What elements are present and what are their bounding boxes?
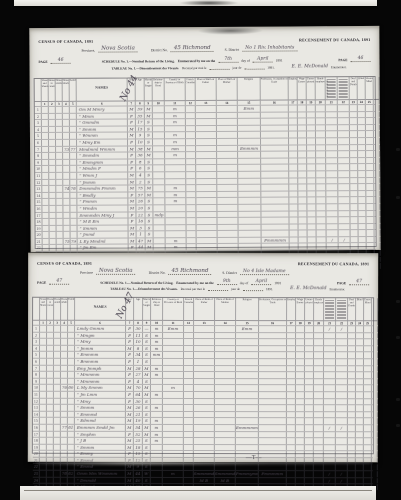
cell-c5 (70, 153, 77, 159)
cell-prof (259, 465, 287, 471)
blank-line (244, 69, 264, 70)
cell-c3 (54, 431, 61, 437)
cell-read: / (324, 471, 336, 477)
cell-unemp (307, 112, 316, 118)
cell-emp (289, 125, 298, 131)
cell-c2 (49, 173, 56, 179)
table-row: 4” JmmmM8Sm (33, 344, 373, 351)
schedule-title-en: SCHEDULE No. 1.—Nominal Return of the Li… (102, 59, 175, 63)
cell-c3 (56, 160, 63, 166)
cell-age: 26 (136, 199, 145, 205)
cell-emp (289, 178, 298, 184)
cell-name: ” Smmm (75, 405, 126, 411)
cell-edge (372, 392, 378, 398)
cell-c4: 75 79 (64, 239, 71, 245)
cell-ms: S (145, 199, 153, 205)
page-number-right: 47 (349, 279, 369, 285)
cell-hands (314, 326, 324, 332)
cell-hands (314, 353, 324, 359)
cell-c1 (42, 212, 49, 218)
binding-mark (396, 398, 400, 401)
cell-hands (314, 339, 324, 345)
cell-relig (236, 478, 259, 484)
cell-hands (316, 191, 326, 197)
scan-smudge (179, 0, 239, 6)
cell-c5 (70, 127, 77, 133)
cell-rel (153, 139, 165, 145)
cell-rel (153, 179, 165, 185)
column-number-14: 14 (217, 100, 238, 105)
cell-c2 (47, 365, 54, 371)
cell-rel: mdp (153, 212, 165, 218)
cell-blind (358, 138, 366, 144)
cell-prof (261, 119, 289, 125)
cell-blind (356, 445, 364, 451)
cell-age: 21 (134, 412, 143, 418)
cell-write (338, 171, 350, 177)
cell-wage (296, 465, 305, 471)
cell-c2 (49, 114, 56, 120)
cell-mb (218, 238, 239, 244)
cell-blind (358, 184, 366, 190)
cell-write (338, 164, 350, 170)
census-page-1: CENSUS OF CANADA, 1891 RECENSEMENT DU CA… (29, 26, 380, 252)
cell-name: ” Mmy (75, 398, 126, 404)
previous-page-edge (14, 0, 377, 6)
cell-blind (359, 237, 367, 243)
table-row: 8” MmmmmF27Mm (33, 371, 373, 378)
cell-c3 (54, 471, 61, 477)
cell-mb (215, 326, 236, 332)
cell-age: 27 (134, 372, 143, 378)
cell-c2 (47, 352, 54, 358)
column-number-11: 11 (163, 320, 184, 325)
cell-fr (186, 212, 196, 218)
enumerator-label: Enumerator. (331, 65, 347, 69)
cell-edge (375, 237, 381, 243)
cell-fr (186, 192, 196, 198)
cell-mind (366, 171, 374, 177)
cell-age: 10 (134, 339, 143, 345)
dense-print-block (325, 300, 334, 319)
cell-relig (239, 224, 262, 230)
cell-sex: M (126, 365, 134, 371)
cell-deaf (348, 386, 356, 392)
cell-relig (236, 352, 259, 358)
cell-c3 (56, 173, 63, 179)
cell-rowno: 13 (35, 186, 42, 192)
cell-fb (194, 418, 215, 424)
cell-c1 (42, 193, 49, 199)
column-number-22: 22 (338, 99, 350, 104)
table-row: 11” Jm LmmF64Mm (33, 391, 373, 398)
cell-c4 (61, 418, 68, 424)
cell-mb (217, 112, 238, 118)
cell-mb (217, 145, 238, 151)
cell-mb (215, 432, 236, 438)
cell-prof (259, 339, 287, 345)
cell-edge (372, 425, 378, 431)
cell-write (336, 353, 348, 359)
cell-ms: S (143, 359, 151, 365)
cell-unemp (307, 145, 316, 151)
cell-rowno: 16 (35, 206, 42, 212)
cell-wage (296, 478, 305, 484)
cell-name: ” Gmmdm (77, 120, 128, 126)
cell-blind (358, 178, 366, 184)
cell-c2 (49, 179, 56, 185)
column-number-18: 18 (296, 320, 305, 325)
cell-name: ” Wmdm (77, 205, 128, 211)
cell-c2 (47, 451, 54, 457)
district-label: District No. (149, 271, 166, 275)
cell-c4 (61, 431, 68, 437)
cell-fr (184, 464, 194, 470)
column-number-5: 5 (70, 101, 77, 106)
cell-name: ” Smphm (75, 431, 126, 437)
cell-hands (314, 419, 324, 425)
cell-edge (372, 412, 378, 418)
cell-fr (184, 326, 194, 332)
cell-wage (298, 204, 307, 210)
cell-fb (196, 139, 217, 145)
province-label: Province, (81, 49, 95, 53)
cell-fr (184, 359, 194, 365)
cell-read (326, 138, 338, 144)
cell-age: 30 (134, 398, 143, 404)
column-header-birth: Country or Province of Birth (163, 298, 184, 320)
cell-c4 (61, 392, 68, 398)
cell-relig: Emm (236, 326, 259, 332)
district-value: 45 Richmond (171, 45, 214, 52)
cell-fr (187, 225, 197, 231)
column-header-age: Age (134, 298, 143, 320)
cell-mb (215, 359, 236, 365)
cell-rowno: 7 (33, 365, 40, 371)
cell-edge (374, 144, 380, 150)
cell-hands (314, 451, 324, 457)
cell-unemp (308, 231, 317, 237)
cell-mind (366, 217, 374, 223)
subdistrict-label: S. District (222, 271, 237, 275)
cell-rel (153, 146, 165, 152)
cell-sex: F (126, 359, 134, 365)
cell-emp (289, 158, 298, 164)
cell-c2 (49, 160, 56, 166)
cell-sex: M (128, 133, 136, 139)
cell-deaf (348, 471, 356, 477)
cell-c1 (43, 232, 50, 238)
cell-relig (238, 112, 261, 118)
cell-c3 (56, 113, 63, 119)
column-header-rel: Relation- ship to Head (153, 78, 165, 100)
cell-age: 70 (134, 385, 143, 391)
cell-c1 (40, 392, 47, 398)
cell-prof (261, 198, 289, 204)
cell-mb (217, 165, 238, 171)
cell-fb (194, 425, 215, 431)
cell-deaf (350, 197, 358, 203)
cell-prof (262, 224, 290, 230)
cell-rowno: 15 (33, 418, 40, 424)
cell-emp (289, 198, 298, 204)
cell-c5 (68, 392, 75, 398)
cell-fb (194, 431, 215, 437)
cell-sex: F (126, 326, 134, 332)
cell-relig (236, 465, 259, 471)
cell-hands (314, 471, 324, 477)
cell-prof (259, 438, 287, 444)
cell-c2 (49, 166, 56, 172)
enum-year: 1891 (276, 59, 283, 63)
cell-age: 2 (136, 179, 145, 185)
cell-ms: S (145, 139, 153, 145)
cell-c5 (70, 173, 77, 179)
cell-ms: S (143, 451, 151, 457)
cell-c2 (50, 232, 57, 238)
cell-deaf (348, 465, 356, 471)
cell-blind (358, 158, 366, 164)
column-number-9: 9 (143, 320, 151, 325)
cell-deaf (348, 452, 356, 458)
column-number-12: 12 (184, 320, 194, 325)
cell-fr (186, 198, 196, 204)
cell-hands (314, 425, 324, 431)
cell-edge (372, 333, 378, 339)
cell-read: / (327, 237, 339, 243)
cell-wage (298, 211, 307, 217)
cell-deaf (348, 412, 356, 418)
recense-label: Recensé par moi le (181, 287, 205, 291)
cell-mind (366, 112, 374, 118)
subdistrict-value: No 4 Isle Madame (240, 269, 289, 275)
dense-print-block (337, 300, 346, 319)
table-row: 7Emy JmmphM28Mm (33, 364, 373, 371)
cell-mind (367, 224, 375, 230)
cell-rowno: 7 (35, 147, 42, 153)
cell-unemp (307, 217, 316, 223)
cell-rowno: 4 (35, 127, 42, 133)
cell-mind (364, 339, 372, 345)
cell-edge (374, 164, 380, 170)
cell-name: ” Mmy (75, 339, 126, 345)
column-number-18: 18 (298, 99, 307, 104)
blank-line (243, 290, 263, 291)
cell-rel (153, 166, 165, 172)
cell-age: 6 (136, 166, 145, 172)
cell-prof (261, 132, 289, 138)
cell-wage (296, 366, 305, 372)
cell-ms: S (143, 445, 151, 451)
cell-wage (296, 471, 305, 477)
cell-mind (366, 125, 374, 131)
cell-sex: M (128, 146, 136, 152)
column-number-23: 23 (348, 320, 356, 325)
cell-c2 (47, 378, 54, 384)
cell-relig (238, 172, 261, 178)
cell-read (326, 211, 338, 217)
cell-write (338, 105, 350, 111)
cell-birth: m (165, 113, 186, 119)
column-header-deaf: Deaf and Dumb (348, 298, 356, 320)
cell-birth (165, 205, 186, 211)
cell-rel: m (151, 405, 163, 411)
cell-mb (215, 339, 236, 345)
cell-birth (163, 333, 184, 339)
cell-blind (356, 386, 364, 392)
cell-c1 (42, 133, 49, 139)
cell-read (326, 125, 338, 131)
cell-deaf (348, 372, 356, 378)
cell-rel (151, 379, 163, 385)
cell-c3 (54, 365, 61, 371)
cell-rel (153, 113, 165, 119)
cell-hands (316, 138, 326, 144)
cell-birth: m (165, 198, 186, 204)
cell-hands (317, 224, 327, 230)
cell-read (324, 366, 336, 372)
cell-rel: m (151, 438, 163, 444)
cell-write (336, 465, 348, 471)
cell-mb (217, 192, 238, 198)
cell-c4 (63, 173, 70, 179)
cell-mind (366, 164, 374, 170)
cell-unemp (305, 379, 314, 385)
cell-emp (287, 405, 296, 411)
cell-prof (259, 445, 287, 451)
cell-hands (316, 211, 326, 217)
cell-rowno: 24 (33, 477, 40, 483)
cell-mind (366, 138, 374, 144)
next-page-edge (20, 486, 376, 500)
cell-c2 (49, 153, 56, 159)
cell-relig (236, 392, 259, 398)
cell-c2 (47, 392, 54, 398)
cell-unemp (305, 392, 314, 398)
cell-wage (298, 152, 307, 158)
cell-rowno: 12 (33, 398, 40, 404)
cell-c4 (63, 193, 70, 199)
cell-c1 (40, 372, 47, 378)
cell-deaf (348, 419, 356, 425)
cell-mind (366, 151, 374, 157)
cell-c5 (68, 444, 75, 450)
cell-emp (287, 438, 296, 444)
cell-sex: F (126, 392, 134, 398)
cell-wage (296, 339, 305, 345)
column-header-fr: French Canadians (184, 298, 194, 320)
cell-name: ” Wmm J (77, 172, 128, 178)
cell-rowno: 3 (35, 120, 42, 126)
cell-c4 (63, 127, 70, 133)
cell-mb (217, 132, 238, 138)
cell-age: 47 (137, 238, 146, 244)
cell-write: / (336, 471, 348, 477)
cell-c4 (63, 212, 70, 218)
column-header-c5: Families (68, 298, 75, 320)
cell-emp (287, 333, 296, 339)
cell-age: 20 (136, 205, 145, 211)
cell-c3 (56, 206, 63, 212)
cell-wage (298, 191, 307, 197)
column-number-14: 14 (215, 320, 236, 325)
cell-unemp (305, 405, 314, 411)
cell-mind (364, 419, 372, 425)
cell-rowno: 8 (33, 372, 40, 378)
cell-ms: M (145, 146, 153, 152)
cell-relig (238, 132, 261, 138)
cell-fr (184, 379, 194, 385)
cell-mb (215, 425, 236, 431)
cell-c5 (70, 140, 77, 146)
cell-mb (218, 231, 239, 237)
cell-emp (289, 165, 298, 171)
cell-rowno: 1 (35, 107, 42, 113)
cell-c2 (49, 107, 56, 113)
blank-line (209, 69, 229, 70)
cell-birth (165, 165, 186, 171)
cell-c3 (56, 133, 63, 139)
cell-mb (217, 218, 238, 224)
cell-blind (358, 105, 366, 111)
enumerated-label: Enumerated by me on the (178, 59, 216, 63)
cell-wage (298, 119, 307, 125)
cell-fb (196, 211, 217, 217)
cell-hands (317, 231, 327, 237)
cell-wage (298, 185, 307, 191)
cell-c5 (68, 431, 75, 437)
cell-ms: S (146, 225, 154, 231)
cell-blind (356, 432, 364, 438)
cell-blind (356, 379, 364, 385)
cell-c3 (57, 232, 64, 238)
cell-c3 (54, 477, 61, 483)
cell-birth (163, 359, 184, 365)
district-label: District No. (151, 48, 168, 52)
cell-prof (261, 204, 289, 210)
cell-mb (217, 139, 238, 145)
cell-wage (296, 445, 305, 451)
cell-age: 17 (136, 120, 145, 126)
cell-write: / (339, 237, 351, 243)
cell-wage (296, 451, 305, 457)
cell-mind (366, 158, 374, 164)
column-number-21: 21 (326, 99, 338, 104)
cell-c5 (68, 398, 75, 404)
cell-blind (356, 471, 364, 477)
cell-unemp (307, 198, 316, 204)
cell-edge (374, 204, 380, 210)
cell-blind (358, 211, 366, 217)
cell-edge (372, 432, 378, 438)
cell-rowno: 17 (33, 431, 40, 437)
cell-c5 (70, 179, 77, 185)
table-row: 6” BmmmmF1S (33, 358, 373, 365)
cell-c4: 74 78 (63, 186, 70, 192)
cell-c4 (61, 339, 68, 345)
cell-edge (372, 346, 378, 352)
column-header-emp: Employer (289, 77, 298, 99)
census-title-en: CENSUS OF CANADA, 1891 (38, 39, 93, 44)
cell-name: ” Emmy (75, 451, 126, 457)
column-number-3: 3 (56, 101, 63, 106)
cell-emp (289, 171, 298, 177)
cell-write (336, 346, 348, 352)
cell-wage (296, 379, 305, 385)
cell-name: ” Mmy Em (77, 139, 128, 145)
cell-rel (153, 192, 165, 198)
column-number-4: 4 (61, 320, 68, 325)
